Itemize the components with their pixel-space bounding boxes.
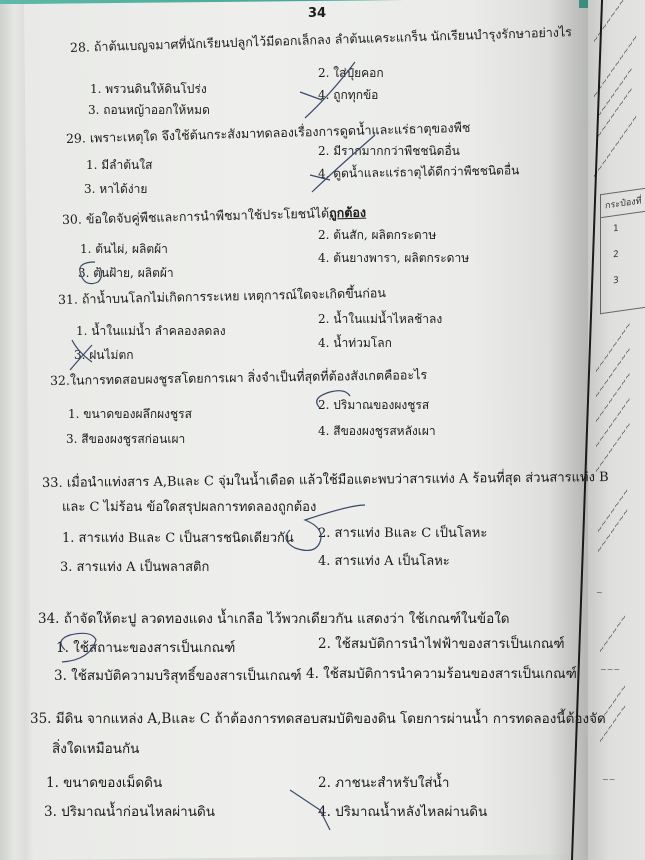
option-2[interactable]: 2. ปริมาณของผงชูรส: [318, 396, 429, 415]
option-1[interactable]: 1. พรวนดินให้ดินโปร่ง: [90, 80, 207, 99]
question-stem: 35. มีดิน จากแหล่ง A,Bและ C ถ้าต้องการทด…: [30, 711, 606, 727]
question-stem: 30. ข้อใดจับคู่พืชและการนำพืชมาใช้ประโยช…: [62, 205, 366, 228]
option-3[interactable]: 3. สารแท่ง A เป็นพลาสติก: [60, 556, 209, 577]
option-1[interactable]: 1. ต้นไผ่, ผลิตผ้า: [80, 240, 168, 259]
question-number: 33.: [42, 476, 63, 491]
option-3[interactable]: 3. ฝนไม่ตก: [74, 346, 134, 365]
question-text: ถ้าจัดให้ตะปู ลวดทองแดง น้ำเกลือ ไว้พวกเ…: [64, 611, 510, 627]
option-4[interactable]: 4. ต้นยางพารา, ผลิตกระดาษ: [318, 249, 469, 268]
option-4[interactable]: 4. สีของผงชูรสหลังเผา: [318, 422, 436, 441]
question-number: 31.: [58, 292, 78, 307]
question-number: 30.: [62, 212, 82, 227]
option-3[interactable]: 3. สีของผงชูรสก่อนเผา: [66, 430, 185, 449]
question-stem: 31. ถ้าน้ำบนโลกไม่เกิดการระเหย เหตุการณ์…: [58, 285, 386, 308]
option-3[interactable]: 3. หาได้ง่าย: [84, 180, 147, 199]
question-number: 35.: [30, 711, 51, 727]
question-stem-line2: สิ่งใดเหมือนกัน: [52, 741, 139, 757]
option-4[interactable]: 4. ใช้สมบัติการนำความร้อนของสารเป็นเกณฑ์: [306, 662, 577, 684]
exam-page: 34 28. ถ้าต้นเบญจมาศที่นักเรียนปลูกไว้มี…: [0, 0, 645, 860]
question-stem: 34. ถ้าจัดให้ตะปู ลวดทองแดง น้ำเกลือ ไว้…: [38, 611, 510, 627]
question-stem: 33. เมื่อนำแท่งสาร A,Bและ C จุ่มในน้ำเดื…: [42, 470, 609, 492]
option-2[interactable]: 2. ต้นสัก, ผลิตกระดาษ: [318, 226, 436, 245]
emphasis-text: ถูกต้อง: [329, 205, 366, 221]
option-4[interactable]: 4. น้ำท่วมโลก: [318, 334, 392, 353]
question-text: ในการทดสอบผงชูรสโดยการเผา สิ่งจำเป็นที่ส…: [70, 367, 427, 388]
question-number: 29.: [66, 130, 86, 146]
option-1[interactable]: 1. ขนาดของผลึกผงชูรส: [68, 405, 192, 424]
option-4[interactable]: 4. สารแท่ง A เป็นโลหะ: [318, 550, 450, 571]
option-1[interactable]: 1. มีลำต้นใส: [86, 156, 152, 175]
option-1[interactable]: 1. สารแท่ง Bและ C เป็นสารชนิดเดียวกัน: [62, 527, 294, 548]
question-number: 32.: [50, 373, 70, 388]
option-3[interactable]: 3. ใช้สมบัติความบริสุทธิ์ของสารเป็นเกณฑ์: [54, 664, 302, 686]
question-stem-line2: และ C ไม่ร้อน ข้อใดสรุปผลการทดลองถูกต้อง: [62, 500, 316, 516]
question-text: ถ้าน้ำบนโลกไม่เกิดการระเหย เหตุการณ์ใดจะ…: [82, 285, 386, 306]
option-3[interactable]: 3. ปริมาณน้ำก่อนไหลผ่านดิน: [44, 800, 215, 822]
option-2[interactable]: 2. มีรากมากกว่าพืชชนิดอื่น: [318, 142, 460, 161]
option-3[interactable]: 3. ต้นฝ้าย, ผลิตผ้า: [78, 264, 174, 283]
option-4[interactable]: 4. ถูกทุกข้อ: [318, 86, 378, 105]
option-3[interactable]: 3. ถอนหญ้าออกให้หมด: [88, 101, 210, 120]
question-text: ถ้าต้นเบญจมาศที่นักเรียนปลูกไว้มีดอกเล็ก…: [94, 24, 573, 54]
option-1[interactable]: 1. น้ำในแม่น้ำ ลำคลองลดลง: [76, 322, 226, 341]
option-2[interactable]: 2. น้ำในแม่น้ำไหลช้าลง: [318, 310, 442, 329]
question-number: 28.: [70, 39, 90, 55]
page-number: 34: [308, 6, 326, 21]
option-4[interactable]: 4. ดูดน้ำและแร่ธาตุได้ดีกว่าพืชชนิดอื่น: [318, 161, 520, 184]
option-1[interactable]: 1. ขนาดของเม็ดดิน: [46, 771, 162, 793]
question-stem: 32.ในการทดสอบผงชูรสโดยการเผา สิ่งจำเป็นท…: [50, 367, 427, 389]
question-text: ข้อใดจับคู่พืชและการนำพืชมาใช้ประโยชน์ได…: [86, 205, 330, 226]
option-1[interactable]: 1. ใช้สถานะของสารเป็นเกณฑ์: [56, 636, 235, 658]
question-number: 34.: [38, 611, 59, 627]
question-stem: 28. ถ้าต้นเบญจมาศที่นักเรียนปลูกไว้มีดอก…: [70, 24, 572, 56]
option-2[interactable]: 2. สารแท่ง Bและ C เป็นโลหะ: [318, 522, 487, 543]
question-text: เมื่อนำแท่งสาร A,Bและ C จุ่มในน้ำเดือด แ…: [67, 470, 609, 491]
option-2[interactable]: 2. ใช้สมบัติการนำไฟฟ้าของสารเป็นเกณฑ์: [318, 632, 565, 654]
question-text: มีดิน จากแหล่ง A,Bและ C ถ้าต้องการทดสอบส…: [56, 711, 606, 727]
option-4[interactable]: 4. ปริมาณน้ำหลังไหลผ่านดิน: [318, 800, 487, 822]
option-2[interactable]: 2. ภาชนะสำหรับใส่น้ำ: [318, 771, 449, 793]
option-2[interactable]: 2. ใส่ปุ๋ยคอก: [318, 64, 384, 83]
